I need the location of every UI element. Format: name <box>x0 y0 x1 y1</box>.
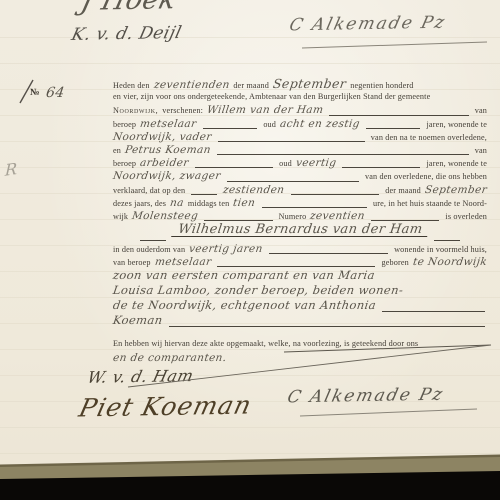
act-line: Noordwijk, vadervan den na te noemen ove… <box>113 132 487 145</box>
signature-top-right-registrar: C Alkemade Pz <box>287 13 448 36</box>
signature-top-left-cutoff: J Hoek <box>78 0 180 17</box>
act-line: Noordwijk,verschenen:Willem van der Hamv… <box>113 105 487 118</box>
act-line: En hebben wij hiervan deze akte opgemaak… <box>113 339 487 352</box>
handwritten-entry: Noordwijk, vader <box>112 132 212 142</box>
printed-text: in den ouderdom van <box>113 245 185 254</box>
printed-text: Numero <box>279 212 307 221</box>
act-line: Koeman <box>113 315 487 330</box>
printed-text: van <box>475 106 487 115</box>
handwritten-entry: zestienden <box>223 185 286 195</box>
signature-comparant-ham: W. v. d. Ham <box>86 366 196 387</box>
handwritten-entry: de te Noordwijk, echtgenoot van Anthonia <box>112 300 376 310</box>
fill-line <box>366 122 421 129</box>
printed-text: van den overledene, die ons hebben <box>365 172 487 181</box>
handwritten-entry: en de comparanten. <box>112 353 227 363</box>
printed-text: der maand <box>385 186 421 195</box>
printed-text: wijk <box>113 212 128 221</box>
printed-text: negentien honderd <box>350 81 413 90</box>
handwritten-entry: veertig <box>295 158 337 168</box>
printed-text: beroep <box>113 120 136 129</box>
printed-text: van den na te noemen overledene, <box>371 133 487 142</box>
act-line: verklaard, dat op denzestiendender maand… <box>113 185 487 198</box>
fill-line <box>218 135 365 142</box>
handwritten-entry: metselaar <box>154 257 212 267</box>
scanned-death-record-page: J Hoek K. v. d. Deijl C Alkemade Pz №64 … <box>0 0 500 500</box>
printed-text: en vier, zijn voor ons ondergeteekende, … <box>113 92 430 101</box>
handwritten-entry: September <box>272 79 347 89</box>
signature-registrar: C Alkemade Pz <box>285 385 446 408</box>
handwritten-entry: zeventien <box>310 211 366 221</box>
handwritten-entry: te Noordwijk <box>412 257 488 267</box>
printed-text: der maand <box>233 81 269 90</box>
printed-text: wonende in voormeld huis, <box>394 245 487 254</box>
act-number-block: №64 <box>30 82 64 100</box>
fill-line <box>195 162 273 169</box>
fill-line <box>227 175 359 182</box>
handwritten-entry: Koeman <box>112 315 163 325</box>
margin-pencil-paraph: R <box>5 159 18 179</box>
fill-line <box>382 306 485 313</box>
fill-line <box>140 234 166 241</box>
fill-line <box>262 201 367 208</box>
act-body: Heden denzeventiendender maandSeptembern… <box>113 79 487 367</box>
fill-line <box>169 321 485 328</box>
fill-line <box>204 214 272 221</box>
printed-text: oud <box>263 120 276 129</box>
printed-text: is overleden <box>445 212 487 221</box>
act-number-label: № <box>30 88 40 98</box>
signature-comparant-koeman: Piet Koeman <box>76 391 255 423</box>
act-line: de te Noordwijk, echtgenoot van Anthonia <box>113 300 487 315</box>
fill-line <box>342 162 420 169</box>
handwritten-entry: Wilhelmus Bernardus van der Ham <box>171 225 429 237</box>
handwritten-entry: Noordwijk, zwager <box>112 171 221 181</box>
act-line: Heden denzeventiendender maandSeptembern… <box>113 79 487 92</box>
printed-text: dezes jaars, des <box>113 199 166 208</box>
handwritten-entry: zoon van eersten comparant en van Maria <box>112 270 375 280</box>
printed-text: ure, in het huis staande te Noord- <box>373 199 487 208</box>
fill-line <box>291 188 380 195</box>
printed-text: verschenen: <box>162 106 203 115</box>
printed-text: verklaard, dat op den <box>113 186 185 195</box>
printed-text: geboren <box>381 258 408 267</box>
act-number-value: 64 <box>45 88 65 98</box>
printed-text: jaren, wonende te <box>426 159 487 168</box>
handwritten-entry: Willem van der Ham <box>206 105 324 115</box>
fill-line <box>203 122 258 129</box>
act-line: beroepmetselaaroudacht en zestigjaren, w… <box>113 119 487 132</box>
printed-text: van <box>475 146 487 155</box>
handwritten-entry: veertig jaren <box>189 244 264 254</box>
handwritten-entry: arbeider <box>139 158 189 168</box>
handwritten-entry: acht en zestig <box>279 119 360 129</box>
act-line: en de comparanten. <box>113 353 487 367</box>
fill-line <box>269 248 388 255</box>
fill-line <box>217 148 469 155</box>
handwritten-entry: Louisa Lamboo, zonder beroep, beiden won… <box>112 285 404 295</box>
fill-line <box>191 188 217 195</box>
handwritten-entry: Molensteeg <box>131 211 199 221</box>
printed-text: middags ten <box>188 199 229 208</box>
printed-text: En hebben wij hiervan deze akte opgemaak… <box>113 339 418 348</box>
fill-line <box>329 109 468 116</box>
act-line: Noordwijk, zwagervan den overledene, die… <box>113 171 487 184</box>
printed-text: en <box>113 146 121 155</box>
printed-text: oud <box>279 159 292 168</box>
handwritten-entry: September <box>424 185 487 195</box>
fill-line <box>371 214 439 221</box>
act-line: dezes jaars, desnamiddags tentienure, in… <box>113 198 487 211</box>
handwritten-entry: Petrus Koeman <box>124 145 211 155</box>
act-line: Wilhelmus Bernardus van der Ham <box>113 225 487 244</box>
handwritten-entry: metselaar <box>139 119 197 129</box>
handwritten-entry: zeventienden <box>153 80 230 90</box>
fill-line <box>434 234 460 241</box>
printed-text: Heden den <box>113 81 150 90</box>
fill-line <box>217 261 375 268</box>
printed-text: Noordwijk, <box>113 106 158 115</box>
printed-text: beroep <box>113 159 136 168</box>
handwritten-entry: tien <box>233 198 257 208</box>
handwritten-entry: na <box>169 198 184 208</box>
printed-text: jaren, wonende te <box>426 120 487 129</box>
signature-top-left-second: K. v. d. Deijl <box>69 23 183 45</box>
printed-text: van beroep <box>113 258 151 267</box>
